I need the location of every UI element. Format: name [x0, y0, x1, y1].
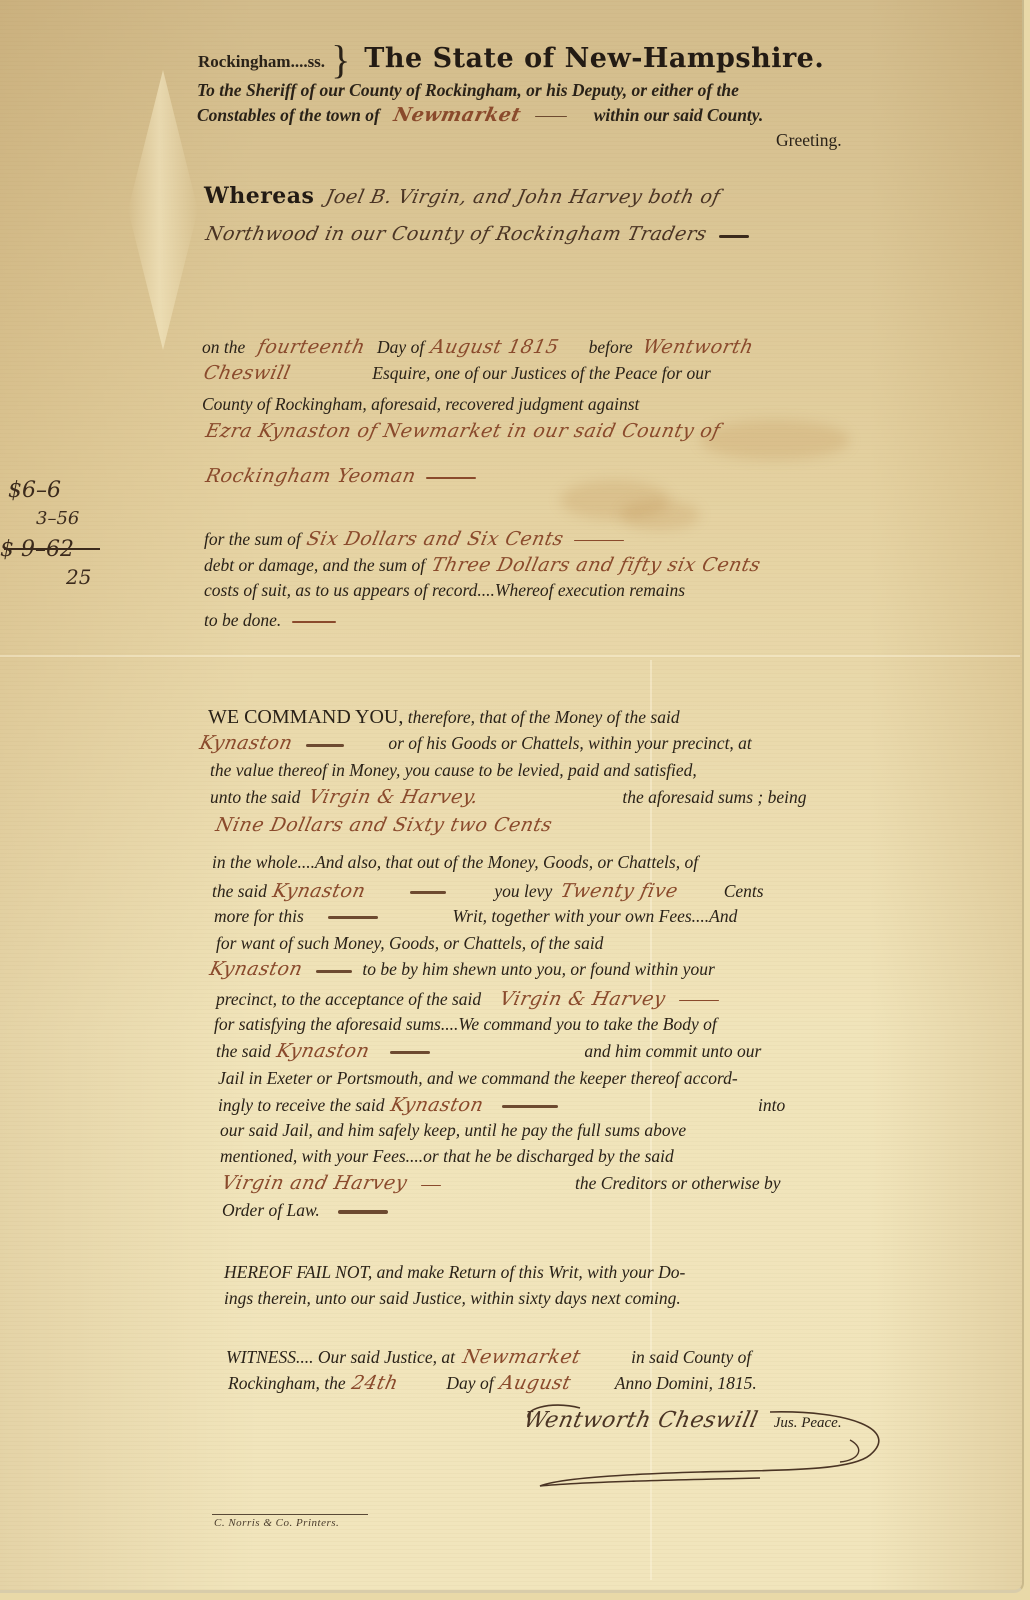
judgment-line-2: Cheswill Esquire, one of our Justices of… — [204, 362, 711, 384]
text: Anno Domini, 1815. — [615, 1373, 757, 1393]
printer-rule — [212, 1514, 368, 1515]
light-glare — [128, 70, 198, 350]
text: the Creditors or otherwise by — [575, 1173, 780, 1193]
text: and make Return of this Writ, with your … — [377, 1262, 686, 1282]
text: you levy — [494, 881, 552, 901]
text: the said — [216, 1041, 271, 1061]
printer-credit: C. Norris & Co. Printers. — [214, 1517, 339, 1529]
dash — [502, 1105, 558, 1108]
county-heading: Rockingham....ss. — [198, 52, 325, 71]
command-line-4: unto the said Virgin & Harvey. the afore… — [210, 786, 806, 808]
town-name: Newmarket — [392, 104, 523, 126]
text: or of his Goods or Chattels, within your… — [388, 733, 751, 753]
witness-place: Newmarket — [461, 1346, 583, 1368]
costs-text: costs of suit, as to us appears of recor… — [204, 580, 685, 601]
sums-line-2: debt or damage, and the sum of Three Dol… — [204, 554, 760, 576]
text: ingly to receive the said — [218, 1095, 385, 1115]
header: Rockingham....ss. } The State of New-Ham… — [198, 30, 824, 77]
command-line-12: for satisfying the aforesaid sums....We … — [214, 1014, 717, 1035]
debt-amount: Six Dollars and Six Cents — [305, 528, 566, 550]
text: before — [589, 337, 633, 357]
costs-amount: Three Dollars and fifty six Cents — [429, 554, 762, 576]
dash — [338, 1210, 388, 1214]
text: Rockingham, the — [228, 1373, 346, 1393]
command-heading: WE COMMAND YOU, — [208, 706, 403, 728]
dash — [535, 116, 567, 117]
defendant-line-2-text: Rockingham Yeoman — [204, 465, 418, 487]
command-line-2: Kynaston or of his Goods or Chattels, wi… — [200, 732, 752, 754]
command-line-7: the said Kynaston you levy Twenty five C… — [212, 880, 764, 902]
text: Order of Law. — [222, 1200, 320, 1220]
text: precinct, to the acceptance of the said — [216, 989, 481, 1009]
witness-heading: WITNESS.... — [226, 1347, 314, 1367]
command-line-17: mentioned, with your Fees....or that he … — [220, 1146, 674, 1167]
hereof-heading: HEREOF FAIL NOT, — [224, 1262, 372, 1282]
defendant-line-1: Ezra Kynaston of Newmarket in our said C… — [206, 420, 720, 442]
command-line-14: Jail in Exeter or Portsmouth, and we com… — [218, 1068, 738, 1089]
command-line-3: the value thereof in Money, you cause to… — [210, 760, 697, 781]
text: Our said Justice, at — [318, 1347, 455, 1367]
creditors-name: Virgin and Harvey — [220, 1172, 410, 1194]
command-line-15: ingly to receive the said Kynaston into — [218, 1094, 785, 1116]
defendant-name: Kynaston — [389, 1094, 486, 1116]
text: and him commit unto our — [584, 1041, 761, 1061]
witness-day: 24th — [350, 1372, 401, 1394]
justice-last-name: Cheswill — [202, 362, 293, 384]
defendant-name: Kynaston — [208, 958, 305, 980]
total-amount-words: Nine Dollars and Sixty two Cents — [214, 814, 555, 836]
dash — [292, 621, 336, 623]
text: therefore, that of the Money of the said — [408, 707, 680, 727]
brace: } — [331, 37, 350, 82]
hereof-line-1: HEREOF FAIL NOT, and make Return of this… — [224, 1262, 685, 1283]
text: for the sum of — [204, 529, 301, 549]
margin-calc-total: $ 9–62 — [0, 537, 74, 562]
command-line-16: our said Jail, and him safely keep, unti… — [220, 1120, 686, 1141]
dash — [426, 477, 476, 479]
dash — [679, 1000, 719, 1001]
margin-calc-fee: 25 — [66, 565, 91, 589]
state-title: The State of New-Hampshire. — [364, 43, 824, 74]
command-line-1: WE COMMAND YOU, therefore, that of the M… — [208, 706, 680, 729]
fold-line — [0, 655, 1020, 657]
address-prefix: Constables of the town of — [197, 105, 380, 125]
judgment-county-text: County of Rockingham, aforesaid, recover… — [202, 394, 639, 415]
command-line-13: the said Kynaston and him commit unto ou… — [216, 1040, 761, 1062]
text: the said — [212, 881, 267, 901]
text: Day of — [377, 337, 424, 357]
command-line-19: Order of Law. — [222, 1200, 388, 1221]
judgment-day: fourteenth — [255, 336, 367, 358]
defendant-line-2: Rockingham Yeoman — [206, 465, 476, 487]
dash — [410, 891, 446, 894]
esquire-text: Esquire, one of our Justices of the Peac… — [372, 363, 711, 383]
dash — [574, 540, 624, 541]
fee-words: Twenty five — [558, 880, 679, 902]
creditors-name: Virgin & Harvey. — [306, 786, 480, 808]
justice-first-name: Wentworth — [641, 336, 756, 358]
whereas-line-2: Northwood in our County of Rockingham Tr… — [206, 223, 749, 245]
creditors-name: Virgin & Harvey — [497, 988, 667, 1010]
defendant-name: Kynaston — [275, 1040, 372, 1062]
whereas-line-1: Whereas Joel B. Virgin, and John Harvey … — [204, 183, 721, 209]
dash — [328, 916, 378, 919]
judgment-month-year: August 1815 — [428, 336, 560, 358]
judgment-line-1: on the fourteenth Day of August 1815 bef… — [202, 336, 753, 358]
text: unto the said — [210, 787, 300, 807]
stain — [700, 420, 850, 460]
greeting: Greeting. — [776, 130, 842, 151]
margin-calc-line-2: 3–56 — [36, 508, 79, 529]
sums-line-1: for the sum of Six Dollars and Six Cents — [204, 528, 624, 550]
text: on the — [202, 337, 245, 357]
defendant-name: Kynaston — [198, 732, 295, 754]
command-line-11: precinct, to the acceptance of the said … — [216, 988, 719, 1010]
text: Writ, together with your own Fees....And — [453, 906, 738, 926]
hereof-line-2: ings therein, unto our said Justice, wit… — [224, 1288, 681, 1309]
text: debt or damage, and the sum of — [204, 555, 425, 575]
text: into — [758, 1095, 785, 1115]
dash — [719, 235, 749, 238]
address-suffix: within our said County. — [594, 105, 764, 125]
command-line-6: in the whole....And also, that out of th… — [212, 852, 698, 873]
command-line-18: Virgin and Harvey the Creditors or other… — [222, 1172, 781, 1194]
command-line-10: Kynaston to be by him shewn unto you, or… — [210, 958, 715, 980]
whereas-label: Whereas — [204, 183, 314, 209]
text: more for this — [214, 906, 304, 926]
address-line-2: Constables of the town of Newmarket with… — [197, 104, 763, 126]
dash — [390, 1051, 430, 1054]
text: Cents — [724, 881, 764, 901]
dash — [316, 970, 352, 973]
command-line-5: Nine Dollars and Sixty two Cents — [216, 814, 552, 836]
signature-flourish — [520, 1400, 900, 1500]
witness-month: August — [498, 1372, 573, 1394]
text: to be by him shewn unto you, or found wi… — [362, 959, 714, 979]
address-line-1: To the Sheriff of our County of Rockingh… — [197, 80, 739, 101]
witness-line-1: WITNESS.... Our said Justice, at Newmark… — [226, 1346, 751, 1368]
text: the aforesaid sums ; being — [622, 787, 806, 807]
sums-line-4: to be done. — [204, 610, 336, 631]
plaintiffs-line-1: Joel B. Virgin, and John Harvey both of — [324, 186, 723, 208]
defendant-line-1-text: Ezra Kynaston of Newmarket in our said C… — [204, 420, 723, 442]
text: to be done. — [204, 610, 281, 630]
plaintiffs-line-2: Northwood in our County of Rockingham Tr… — [204, 223, 709, 245]
text: in said County of — [631, 1347, 751, 1367]
command-line-8: more for this Writ, together with your o… — [214, 906, 737, 927]
margin-calc-line-1: $6–6 — [8, 478, 61, 503]
document-paper: Rockingham....ss. } The State of New-Ham… — [0, 0, 1024, 1593]
text: Day of — [446, 1373, 493, 1393]
command-line-9: for want of such Money, Goods, or Chatte… — [216, 933, 603, 954]
stain — [620, 500, 700, 530]
dash — [421, 1185, 441, 1186]
witness-line-2: Rockingham, the 24th Day of August Anno … — [228, 1372, 757, 1394]
defendant-name: Kynaston — [271, 880, 368, 902]
dash — [306, 744, 344, 747]
